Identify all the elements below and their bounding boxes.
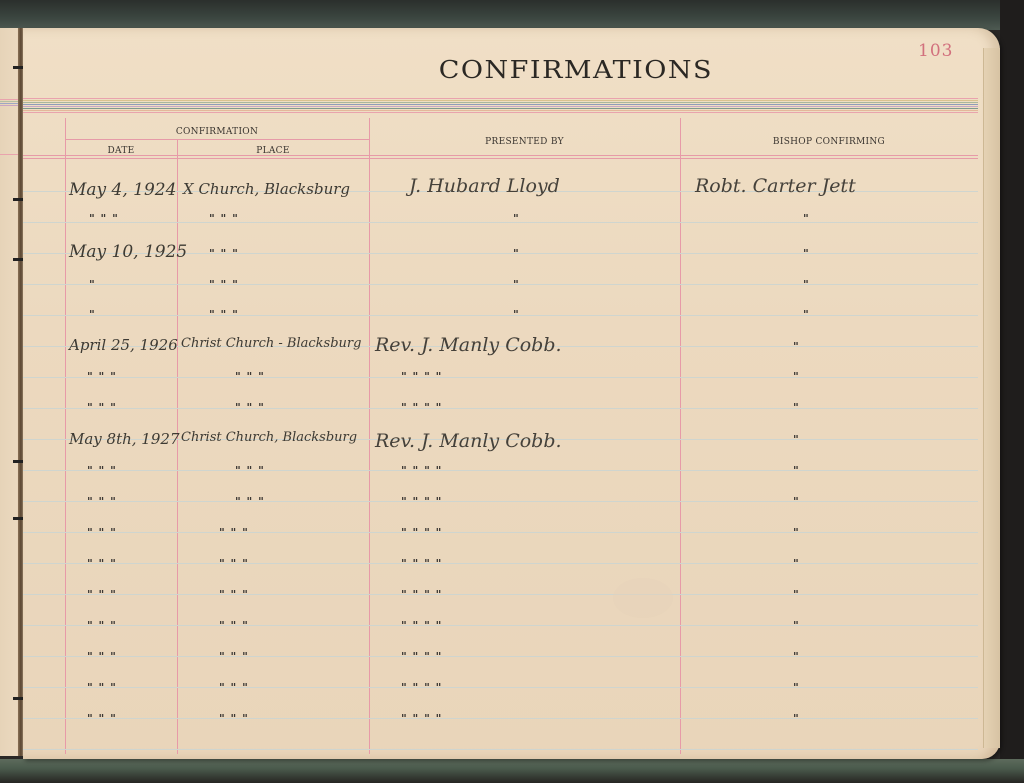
column-rule — [680, 118, 681, 754]
cell-date: May 4, 1924 — [69, 180, 176, 200]
cell-place: X Church, Blacksburg — [183, 180, 350, 198]
cell-presented-by: " " " " — [401, 557, 442, 570]
cell-presented-by: " " " " — [401, 526, 442, 539]
cell-date: " " " — [87, 557, 117, 570]
cell-date: " " " — [87, 495, 117, 508]
header-confirmation: CONFIRMATION — [65, 127, 369, 137]
ruled-line — [23, 222, 978, 223]
page-title: CONFIRMATIONS — [23, 55, 713, 86]
cell-presented-by: " " " " — [401, 464, 442, 477]
header-presented-by: PRESENTED BY — [369, 137, 680, 147]
header-rule — [65, 139, 370, 140]
ruled-line — [23, 315, 978, 316]
ruled-line — [23, 656, 978, 657]
column-rule — [65, 118, 66, 754]
cell-presented-by: " " " " — [401, 619, 442, 632]
cell-bishop: " — [803, 278, 810, 291]
cell-bishop: " — [803, 212, 810, 225]
cell-place: " " " — [219, 681, 249, 694]
cell-bishop: " — [793, 681, 800, 694]
page-number: 103 — [918, 41, 953, 61]
cell-place: " " " — [209, 308, 239, 321]
ruled-line — [23, 594, 978, 595]
ruled-line — [23, 377, 978, 378]
cell-bishop: " — [793, 401, 800, 414]
cell-bishop: " — [793, 526, 800, 539]
cell-date: " " " — [87, 681, 117, 694]
cell-date: " " " — [87, 712, 117, 725]
ruled-line — [23, 532, 978, 533]
cell-date: " " " — [87, 588, 117, 601]
cell-place: " " " — [235, 495, 265, 508]
ledger-page: 103 CONFIRMATIONS CONFIRMATION DATE PLAC… — [23, 28, 1000, 759]
cell-place: " " " — [235, 464, 265, 477]
cell-place: " " " — [209, 247, 239, 260]
cell-bishop: " — [793, 712, 800, 725]
cell-bishop: " — [793, 650, 800, 663]
cell-presented-by: " " " " — [401, 650, 442, 663]
cell-place: " " " — [219, 650, 249, 663]
header-stripe — [23, 98, 978, 99]
cell-place: " " " — [219, 557, 249, 570]
cell-presented-by: " — [513, 247, 520, 260]
cell-date: " " " — [87, 401, 117, 414]
cell-date: " " " — [87, 464, 117, 477]
cell-date: May 10, 1925 — [69, 242, 187, 262]
cell-date: " — [89, 278, 96, 291]
cell-presented-by: " — [513, 308, 520, 321]
background-right — [1000, 0, 1024, 783]
cell-bishop: " — [793, 619, 800, 632]
cell-place: " " " — [219, 619, 249, 632]
cell-presented-by: " " " " — [401, 588, 442, 601]
cell-presented-by: " — [513, 212, 520, 225]
cell-place: Christ Church - Blacksburg — [181, 336, 361, 351]
header-rule — [23, 158, 978, 159]
cell-date: April 25, 1926 — [69, 336, 178, 354]
cell-place: Christ Church, Blacksburg — [181, 430, 357, 445]
cell-bishop: " — [793, 464, 800, 477]
cell-place: " " " — [219, 526, 249, 539]
cell-presented-by: " — [513, 278, 520, 291]
ruled-line — [23, 749, 978, 750]
ruled-line — [23, 470, 978, 471]
ruled-line — [23, 625, 978, 626]
cell-bishop: " — [803, 247, 810, 260]
cell-place: " " " — [219, 588, 249, 601]
cell-bishop: " — [793, 340, 800, 353]
ruled-line — [23, 408, 978, 409]
header-date: DATE — [65, 146, 177, 156]
cell-date: " " " — [87, 370, 117, 383]
cell-presented-by: " " " " — [401, 401, 442, 414]
cell-date: " " " — [87, 650, 117, 663]
cell-place: " " " — [219, 712, 249, 725]
ruled-line — [23, 563, 978, 564]
cell-date: May 8th, 1927 — [69, 430, 180, 448]
cell-date: " — [89, 308, 96, 321]
cell-presented-by: " " " " — [401, 681, 442, 694]
ruled-line — [23, 284, 978, 285]
ruled-line — [23, 718, 978, 719]
cell-presented-by: " " " " — [401, 370, 442, 383]
header-bishop-confirming: BISHOP CONFIRMING — [680, 137, 978, 147]
ruled-line — [23, 501, 978, 502]
cell-bishop: Robt. Carter Jett — [695, 175, 856, 197]
header-place: PLACE — [177, 146, 369, 156]
cell-presented-by: " " " " — [401, 712, 442, 725]
column-rule — [369, 118, 370, 754]
cell-date: " " " — [89, 212, 119, 225]
cell-presented-by: " " " " — [401, 495, 442, 508]
cell-bishop: " — [793, 495, 800, 508]
page-edge — [983, 48, 1000, 748]
cell-place: " " " — [235, 401, 265, 414]
paper-stain — [613, 578, 673, 618]
cell-place: " " " — [209, 278, 239, 291]
cell-date: " " " — [87, 526, 117, 539]
cell-presented-by: J. Hubard Lloyd — [409, 175, 560, 197]
ruled-line — [23, 687, 978, 688]
cell-bishop: " — [793, 433, 800, 446]
book-cover-bottom — [0, 759, 1024, 783]
cell-bishop: " — [793, 588, 800, 601]
cell-bishop: " — [793, 370, 800, 383]
cell-presented-by: Rev. J. Manly Cobb. — [375, 430, 562, 452]
cell-place: " " " — [209, 212, 239, 225]
cell-place: " " " — [235, 370, 265, 383]
cell-date: " " " — [87, 619, 117, 632]
cell-bishop: " — [793, 557, 800, 570]
cell-presented-by: Rev. J. Manly Cobb. — [375, 334, 562, 356]
cell-bishop: " — [803, 308, 810, 321]
book-cover-top — [0, 0, 1024, 30]
